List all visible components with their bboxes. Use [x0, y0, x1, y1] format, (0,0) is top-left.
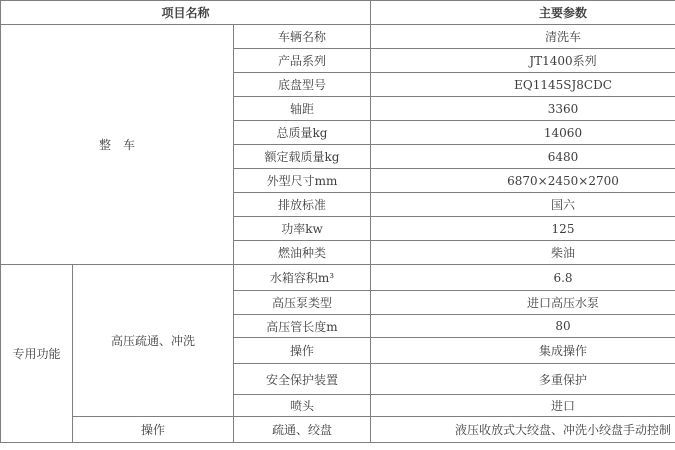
param-cell: 外型尺寸mm	[234, 169, 371, 193]
header-main-params: 主要参数	[371, 1, 675, 25]
subsection-label-operation: 操作	[73, 417, 234, 443]
param-cell: 排放标准	[234, 193, 371, 217]
param-cell: 高压泵类型	[234, 291, 371, 315]
vehicle-spec-table: 项目名称 主要参数 整 车 车辆名称 清洗车 产品系列 JT1400系列 底盘型…	[0, 0, 675, 443]
value-cell: EQ1145SJ8CDC	[371, 73, 675, 97]
param-cell: 操作	[234, 338, 371, 364]
param-cell: 底盘型号	[234, 73, 371, 97]
param-cell: 安全保护装置	[234, 364, 371, 395]
value-cell: 进口高压水泵	[371, 291, 675, 315]
subsection-label-dredge-flush: 高压疏通、冲洗	[73, 265, 234, 417]
value-cell: 14060	[371, 121, 675, 145]
param-cell: 喷头	[234, 395, 371, 417]
value-cell: 液压收放式大绞盘、冲洗小绞盘手动控制	[371, 417, 675, 443]
value-cell: 进口	[371, 395, 675, 417]
param-cell: 疏通、绞盘	[234, 417, 371, 443]
value-cell: 多重保护	[371, 364, 675, 395]
value-cell: 集成操作	[371, 338, 675, 364]
value-cell: 80	[371, 315, 675, 338]
section-label-whole-vehicle: 整 车	[1, 25, 234, 265]
param-cell: 额定载质量kg	[234, 145, 371, 169]
value-cell: 6.8	[371, 265, 675, 291]
param-cell: 水箱容积m³	[234, 265, 371, 291]
table-row: 操作 疏通、绞盘 液压收放式大绞盘、冲洗小绞盘手动控制	[1, 417, 675, 443]
param-cell: 燃油种类	[234, 241, 371, 265]
param-cell: 产品系列	[234, 49, 371, 73]
value-cell: 清洗车	[371, 25, 675, 49]
value-cell: 柴油	[371, 241, 675, 265]
param-cell: 功率kw	[234, 217, 371, 241]
param-cell: 总质量kg	[234, 121, 371, 145]
param-cell: 车辆名称	[234, 25, 371, 49]
param-cell: 轴距	[234, 97, 371, 121]
param-cell: 高压管长度m	[234, 315, 371, 338]
value-cell: 6870×2450×2700	[371, 169, 675, 193]
value-cell: 国六	[371, 193, 675, 217]
value-cell: 125	[371, 217, 675, 241]
table-header-row: 项目名称 主要参数	[1, 1, 675, 25]
table-row: 整 车 车辆名称 清洗车	[1, 25, 675, 49]
table-row: 专用功能 高压疏通、冲洗 水箱容积m³ 6.8	[1, 265, 675, 291]
value-cell: 3360	[371, 97, 675, 121]
value-cell: 6480	[371, 145, 675, 169]
value-cell: JT1400系列	[371, 49, 675, 73]
section-label-special-function: 专用功能	[1, 265, 73, 443]
header-project-name: 项目名称	[1, 1, 371, 25]
spec-table-viewport: 项目名称 主要参数 整 车 车辆名称 清洗车 产品系列 JT1400系列 底盘型…	[0, 0, 675, 450]
